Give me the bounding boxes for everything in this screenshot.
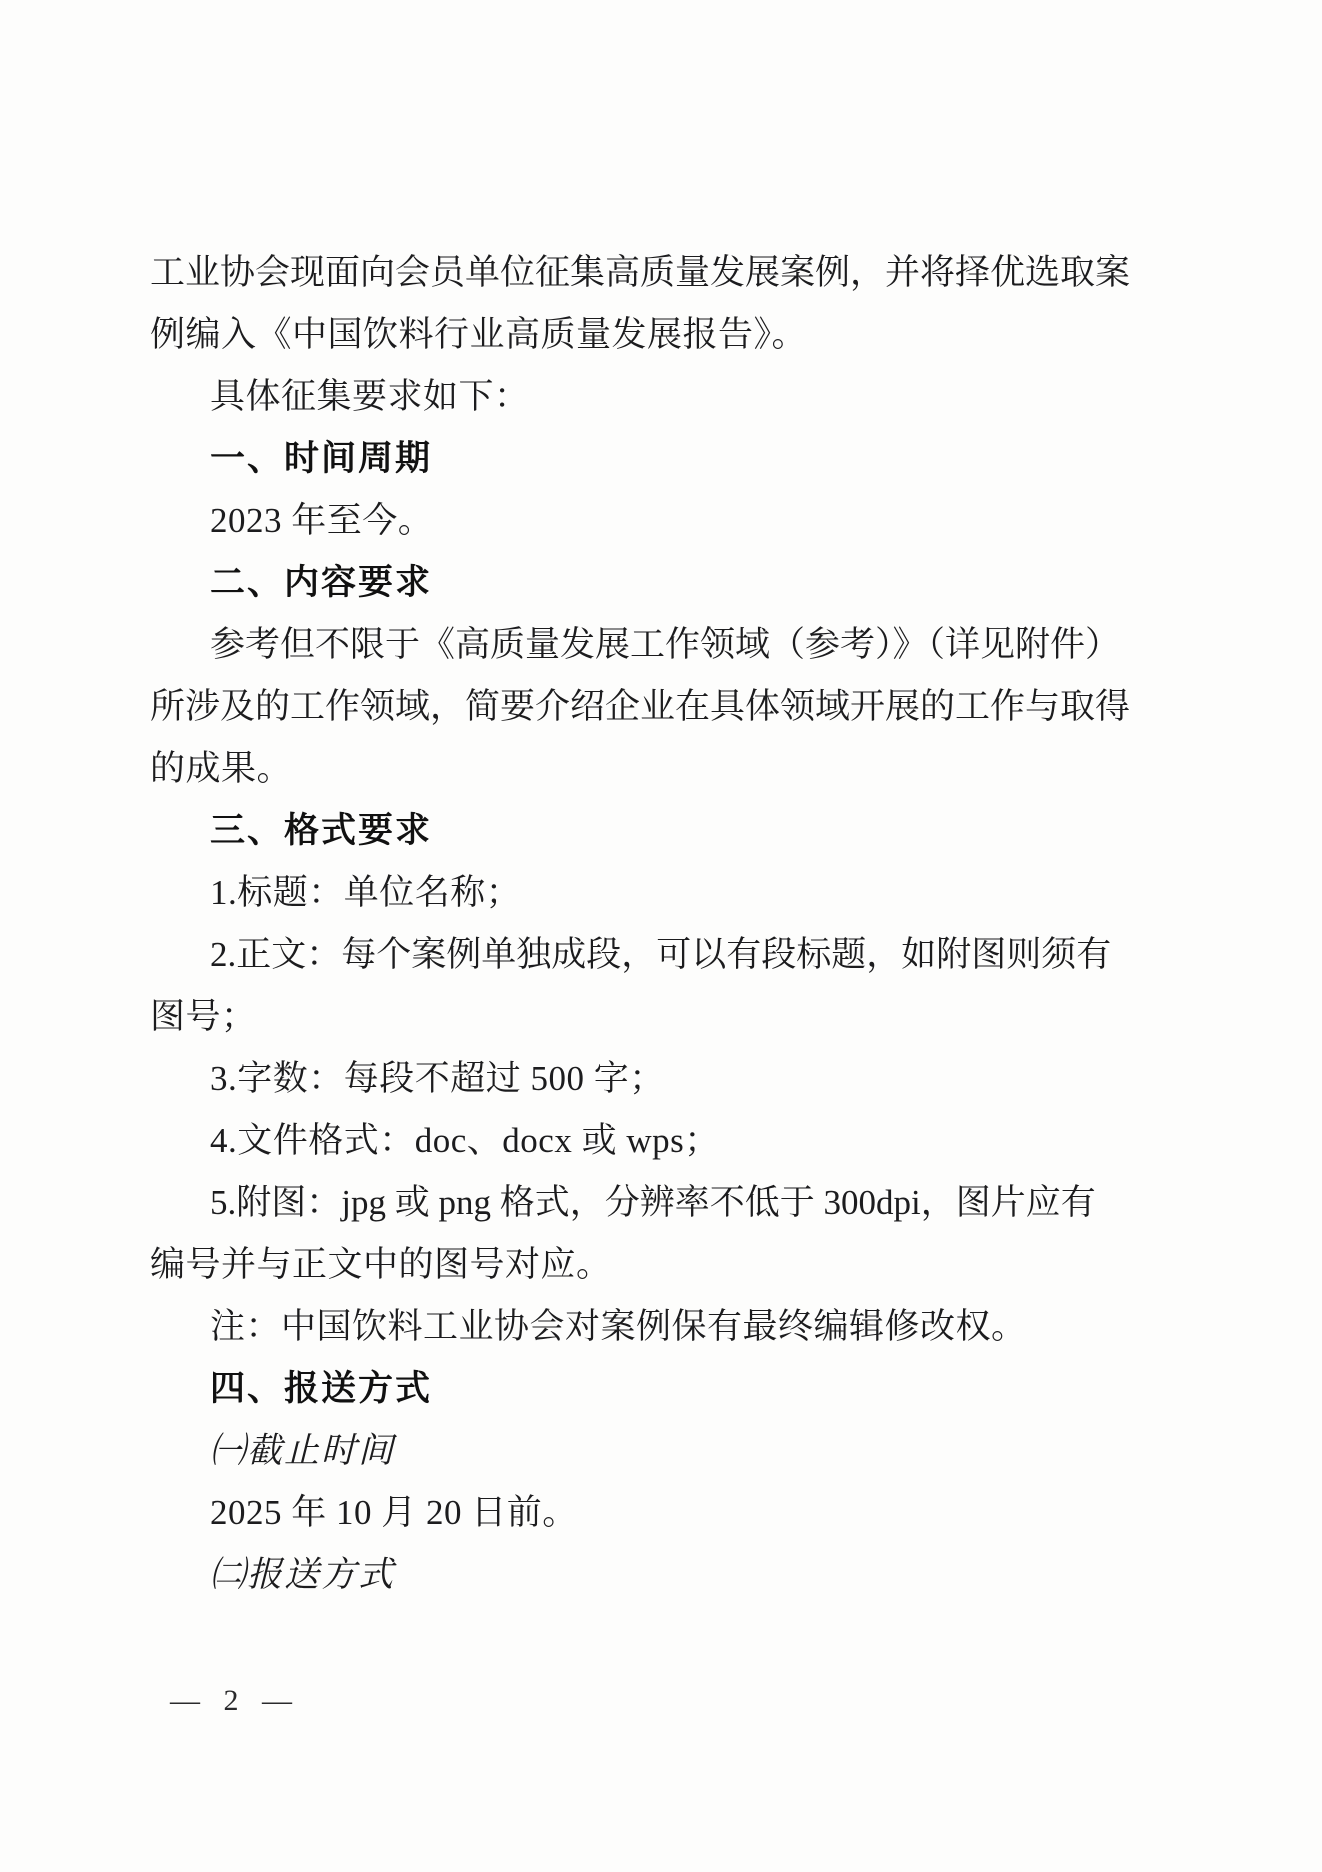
text-line: 的成果。 xyxy=(150,738,1150,800)
document-body: 工业协会现面向会员单位征集高质量发展案例，并将择优选取案例编入《中国饮料行业高质… xyxy=(150,242,1150,1606)
text-line: ㈠截止时间 xyxy=(150,1420,1150,1482)
text-line: ㈡报送方式 xyxy=(150,1544,1150,1606)
text-line: 工业协会现面向会员单位征集高质量发展案例，并将择优选取案 xyxy=(150,242,1150,304)
text-line: 注：中国饮料工业协会对案例保有最终编辑修改权。 xyxy=(150,1296,1150,1358)
text-line: 1.标题：单位名称； xyxy=(150,862,1150,924)
section-heading: 一、时间周期 xyxy=(150,428,1150,490)
text-line: 5.附图：jpg 或 png 格式，分辨率不低于 300dpi，图片应有 xyxy=(150,1172,1150,1234)
text-line: 2.正文：每个案例单独成段，可以有段标题，如附图则须有 xyxy=(150,924,1150,986)
section-heading: 二、内容要求 xyxy=(150,552,1150,614)
text-line: 编号并与正文中的图号对应。 xyxy=(150,1234,1150,1296)
text-line: 所涉及的工作领域，简要介绍企业在具体领域开展的工作与取得 xyxy=(150,676,1150,738)
text-line: 具体征集要求如下： xyxy=(150,366,1150,428)
text-line: 图号； xyxy=(150,986,1150,1048)
text-line: 例编入《中国饮料行业高质量发展报告》。 xyxy=(150,304,1150,366)
text-line: 4.文件格式：doc、docx 或 wps； xyxy=(150,1110,1150,1172)
text-line: 2023 年至今。 xyxy=(150,490,1150,552)
section-heading: 四、报送方式 xyxy=(150,1358,1150,1420)
page-number: — 2 — xyxy=(170,1684,300,1718)
document-page: 工业协会现面向会员单位征集高质量发展案例，并将择优选取案例编入《中国饮料行业高质… xyxy=(0,0,1322,1872)
section-heading: 三、格式要求 xyxy=(150,800,1150,862)
text-line: 2025 年 10 月 20 日前。 xyxy=(150,1482,1150,1544)
text-line: 3.字数：每段不超过 500 字； xyxy=(150,1048,1150,1110)
text-line: 参考但不限于《高质量发展工作领域（参考）》（详见附件） xyxy=(150,614,1150,676)
